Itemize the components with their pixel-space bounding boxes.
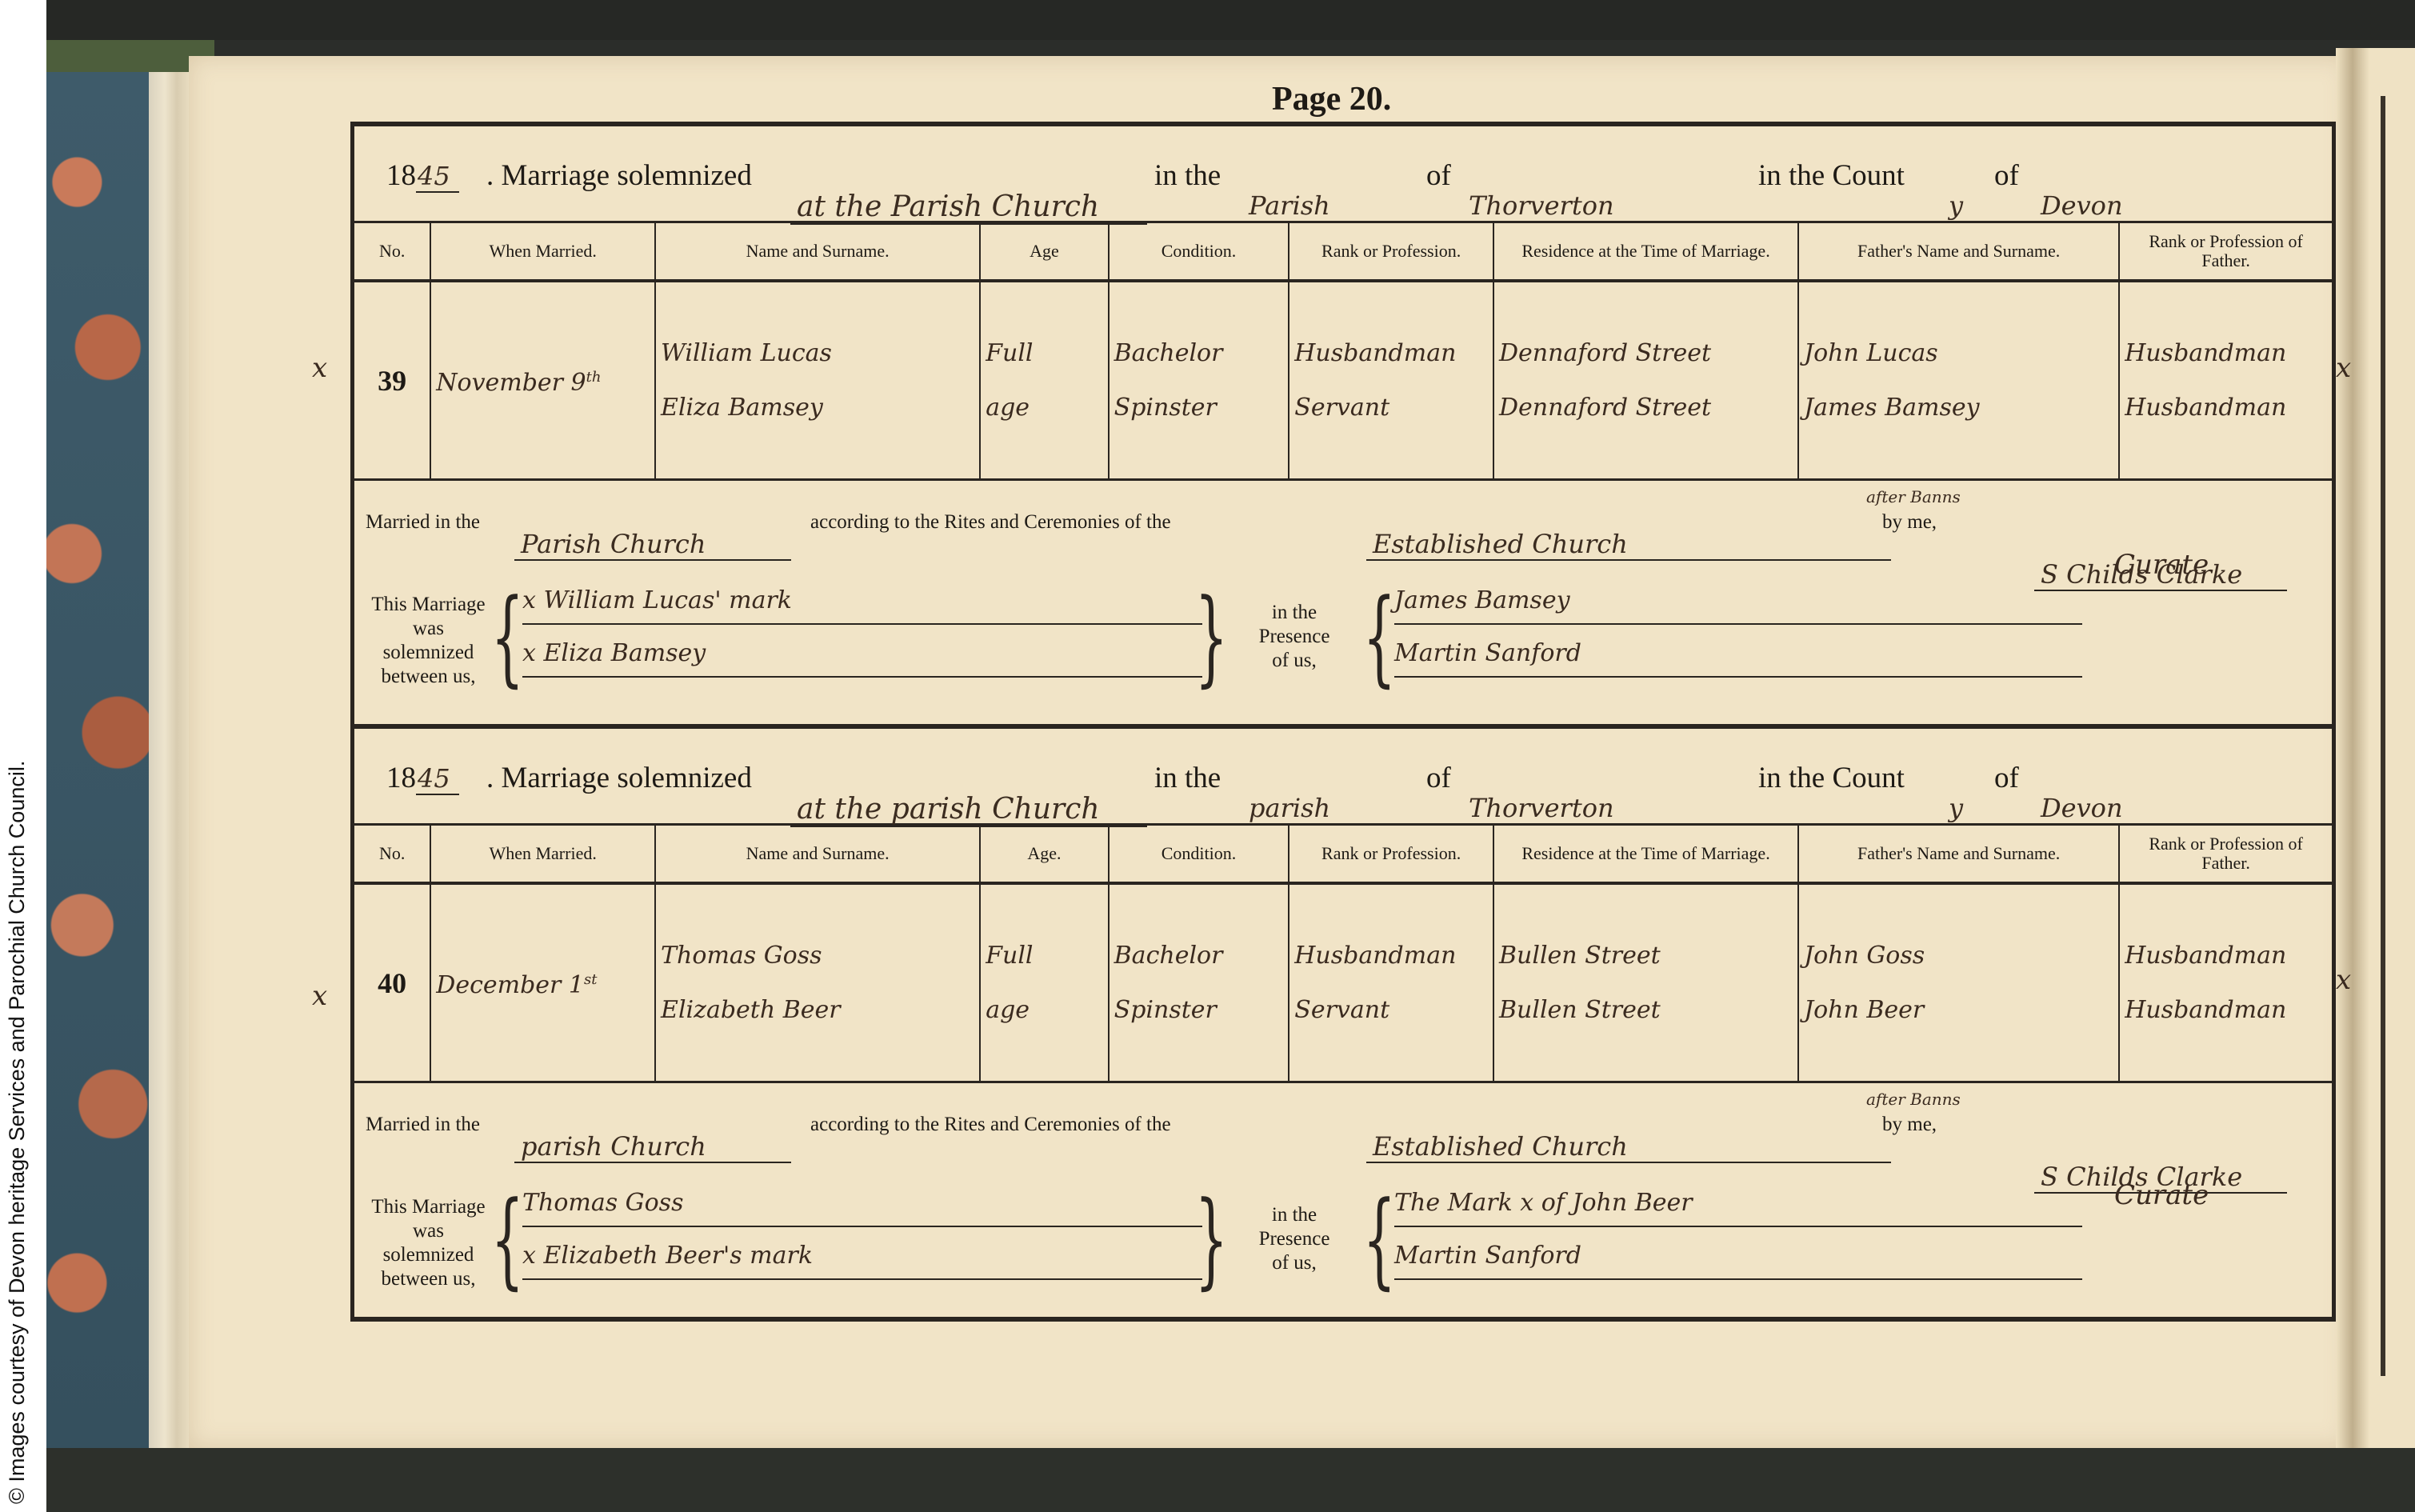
party-signature-2: x Elizabeth Beer's mark [522, 1242, 1202, 1280]
conditions: BachelorSpinster [1109, 883, 1289, 1082]
column-headers: No. When Married. Name and Surname. Age … [354, 223, 2332, 281]
col-name: Name and Surname. [655, 223, 980, 281]
marriage-record-39: 1845 . Marriage solemnized at the Parish… [350, 122, 2336, 726]
witness-signature-2: Martin Sanford [1394, 639, 2082, 678]
marriage-place: at the parish Church [790, 793, 1147, 827]
parish-name: Thorverton [1462, 793, 1739, 825]
party-signature-1: Thomas Goss [522, 1189, 1202, 1227]
parish-name: Thorverton [1462, 190, 1739, 222]
presence-label: in thePresenceof us, [1250, 1203, 1338, 1275]
party-signature-1: x William Lucas' mark [522, 586, 1202, 625]
rites-of: Established Church [1366, 529, 1891, 561]
col-father-name: Father's Name and Surname. [1798, 223, 2119, 281]
after-banns: after Banns [1866, 487, 1961, 506]
county-name: Devon [2034, 793, 2319, 825]
right-brace: } [1195, 585, 1228, 689]
year-suffix: 45 [416, 161, 459, 193]
entry-number: 39 [354, 281, 430, 480]
married-in: Parish Church [514, 529, 791, 561]
marbled-endpaper [46, 72, 149, 1448]
fathers-names: John LucasJames Bamsey [1798, 281, 2119, 480]
marriage-record-40: 1845 . Marriage solemnized at the parish… [350, 724, 2336, 1322]
officiant-title: Curate [2114, 1179, 2209, 1211]
fathers-ranks: HusbandmanHusbandman [2119, 281, 2332, 480]
witness-signature-1: The Mark x of John Beer [1394, 1189, 2082, 1227]
year-suffix: 45 [416, 763, 459, 795]
col-residence: Residence at the Time of Marriage. [1493, 223, 1798, 281]
table-row: 40 December 1st Thomas GossElizabeth Bee… [354, 883, 2332, 1082]
after-banns: after Banns [1866, 1090, 1961, 1109]
col-rank: Rank or Profession. [1289, 223, 1493, 281]
married-in-line: Married in the parish Church according t… [354, 1083, 2332, 1179]
married-in-line: Married in the Parish Church according t… [354, 481, 2332, 577]
groom-name: Thomas Goss [661, 929, 974, 983]
column-headers: No. When Married. Name and Surname. Age.… [354, 826, 2332, 883]
page-edges [149, 72, 189, 1448]
book-gutter [2336, 48, 2369, 1456]
when-married: November 9th [430, 281, 655, 480]
record-heading: 1845 . Marriage solemnized at the parish… [354, 729, 2332, 826]
heading-marriage-label: . Marriage solemnized [486, 158, 752, 193]
signatures-block: This Marriagewassolemnizedbetween us, { … [354, 577, 2332, 711]
married-in: parish Church [514, 1131, 791, 1163]
witness-brace: { [1363, 585, 1396, 689]
witness-signature-2: Martin Sanford [1394, 1242, 2082, 1280]
facing-page-edge [2369, 48, 2415, 1456]
when-married: December 1st [430, 883, 655, 1082]
solemnized-label: This Marriagewassolemnizedbetween us, [358, 593, 498, 689]
right-brace: } [1195, 1187, 1228, 1291]
residences: Bullen StreetBullen Street [1493, 883, 1798, 1082]
ranks: HusbandmanServant [1289, 281, 1493, 480]
bride-name: Eliza Bamsey [661, 381, 974, 435]
names: William LucasEliza Bamsey [655, 281, 980, 480]
witness-brace: { [1363, 1187, 1396, 1291]
presence-label: in thePresenceof us, [1250, 601, 1338, 673]
col-age: Age [980, 223, 1108, 281]
bride-name: Elizabeth Beer [661, 983, 974, 1038]
col-no: No. [354, 223, 430, 281]
district-type: Parish [1242, 190, 1407, 222]
record-heading: 1845 . Marriage solemnized at the Parish… [354, 126, 2332, 223]
left-brace: { [491, 1187, 524, 1291]
margin-mark-39-right: x [2336, 352, 2351, 384]
witness-signature-1: James Bamsey [1394, 586, 2082, 625]
book-cover-bottom [46, 1448, 2415, 1512]
page-title: Page 20. [1272, 80, 1391, 118]
col-when-married: When Married. [430, 223, 655, 281]
marriage-place: at the Parish Church [790, 190, 1147, 225]
fathers-names: John GossJohn Beer [1798, 883, 2119, 1082]
fathers-ranks: HusbandmanHusbandman [2119, 883, 2332, 1082]
register-table: No. When Married. Name and Surname. Age … [354, 223, 2332, 481]
county-name: Devon [2034, 190, 2319, 222]
margin-mark-40: x [312, 980, 327, 1012]
conditions: BachelorSpinster [1109, 281, 1289, 480]
ages: Fullage [980, 883, 1108, 1082]
ranks: HusbandmanServant [1289, 883, 1493, 1082]
register-table: No. When Married. Name and Surname. Age.… [354, 826, 2332, 1083]
left-brace: { [491, 585, 524, 689]
rites-of: Established Church [1366, 1131, 1891, 1163]
officiant-title: Curate [2114, 549, 2209, 581]
ages: Fullage [980, 281, 1108, 480]
col-condition: Condition. [1109, 223, 1289, 281]
groom-name: William Lucas [661, 326, 974, 381]
names: Thomas GossElizabeth Beer [655, 883, 980, 1082]
margin-mark-39: x [312, 352, 327, 384]
entry-number: 40 [354, 883, 430, 1082]
signatures-block: This Marriagewassolemnizedbetween us, { … [354, 1179, 2332, 1314]
solemnized-label: This Marriagewassolemnizedbetween us, [358, 1195, 498, 1291]
table-row: 39 November 9th William LucasEliza Bamse… [354, 281, 2332, 480]
party-signature-2: x Eliza Bamsey [522, 639, 1202, 678]
margin-mark-40-right: x [2336, 964, 2351, 996]
copyright-credit: © Images courtesy of Devon heritage Serv… [5, 761, 30, 1504]
book-cover-top [46, 0, 2415, 40]
district-type: parish [1242, 793, 1407, 825]
residences: Dennaford StreetDennaford Street [1493, 281, 1798, 480]
col-father-rank: Rank or Profession of Father. [2119, 223, 2332, 281]
